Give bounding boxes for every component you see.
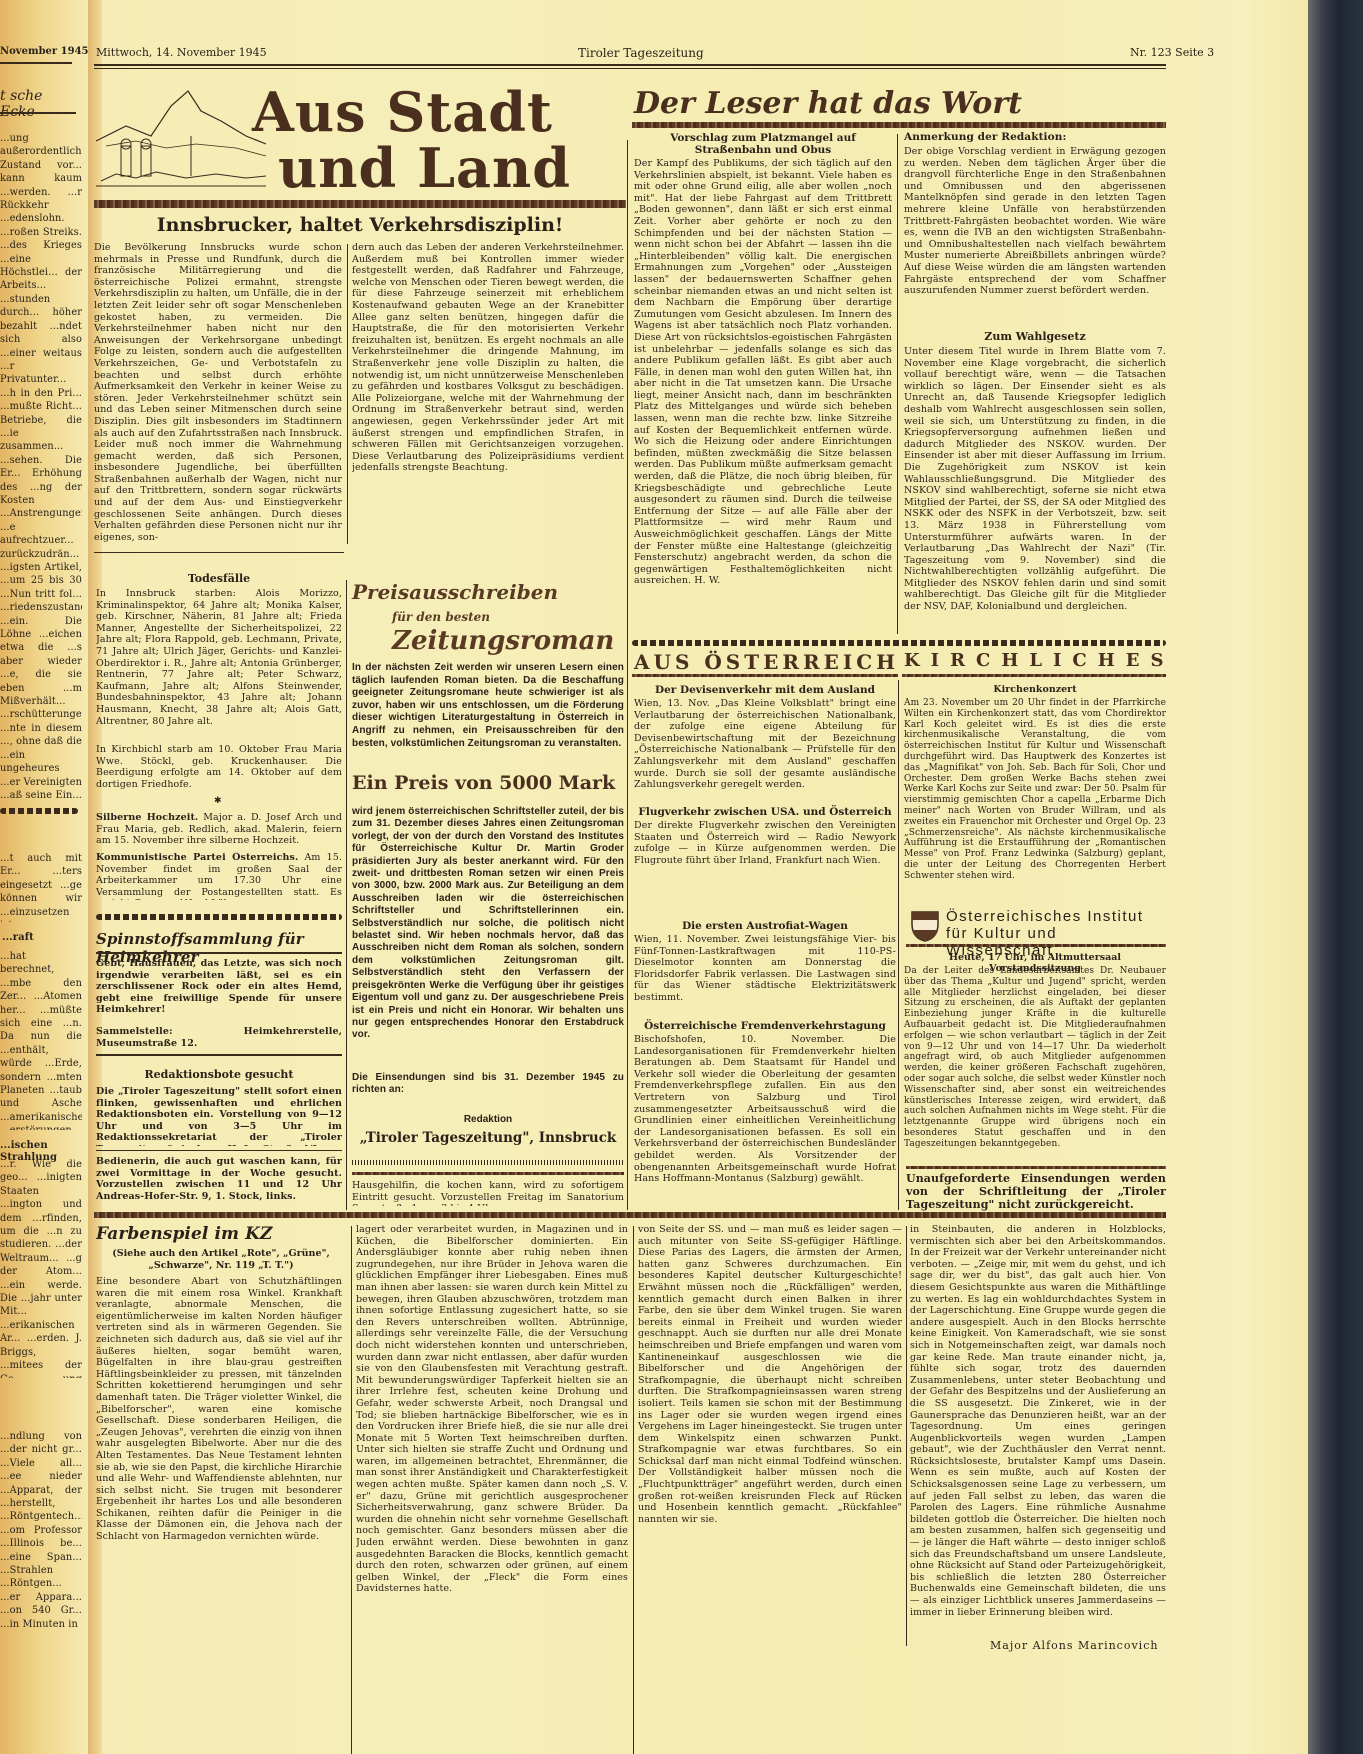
issue-date: Mittwoch, 14. November 1945 [96, 46, 267, 59]
institut-text: Da der Leiter des Landesarbeitsamtes Dr.… [904, 966, 1166, 1162]
prev-page-kraft-heading: ...raft [2, 932, 82, 944]
divider [906, 944, 1166, 947]
divider [96, 1054, 342, 1056]
asterisk-divider: ✱ [214, 796, 222, 806]
prev-page-strahlung-text: ...r. Wie die geo... ...inigten Staaten … [0, 1158, 82, 1378]
kz-column-1: Eine besondere Abart von Schutzhäftlinge… [96, 1276, 342, 1754]
section-banner-rule [632, 674, 898, 677]
news-heading: Der Devisenverkehr mit dem Ausland [634, 684, 896, 696]
preisausschreiben-title: Preisausschreiben [352, 580, 558, 604]
verkehr-column-2: dern auch das Leben der anderen Verkehrs… [352, 242, 624, 542]
column-divider [627, 140, 628, 1210]
column-divider [347, 244, 348, 544]
innsbruck-skyline-illustration [96, 86, 266, 196]
preisausschreiben-deadline: Die Einsendungen sind bis 31. Dezember 1… [352, 1072, 624, 1100]
prev-page-kraft-text: ...hat berechnet, ...mbe den Zer... ...A… [0, 950, 82, 1130]
column-divider [898, 680, 899, 1210]
divider [352, 1160, 624, 1165]
section-title-aus-stadt: Aus Stadt [252, 84, 553, 140]
prev-page-section-title: t sche Ecke [0, 88, 80, 120]
divider [352, 1172, 624, 1175]
redaktionsbote-heading: Redaktionsbote gesucht [96, 1068, 342, 1081]
notice-lead: Silberne Hochzeit. [96, 812, 198, 823]
prize-headline: Ein Preis von 5000 Mark [352, 772, 615, 794]
prev-page-column-text: ...ung außerordentlichen Zustand vor... … [0, 132, 82, 802]
kz-column-4: in Steinbauten, die anderen in Holzblock… [910, 1224, 1166, 1634]
letter1-text: Der Kampf des Publikums, der sich täglic… [634, 158, 892, 628]
preisausschreiben-title2: Zeitungsroman [392, 626, 614, 656]
preisausschreiben-body: wird jenem österreichischen Schriftstell… [352, 806, 624, 1068]
news-heading: Die ersten Austrofiat-Wagen [634, 920, 896, 932]
notice-kpoe: Kommunistische Partei Österreichs. Am 15… [96, 852, 342, 900]
prev-page-atom-text: ...t auch mit Er... ...ters eingesetzt .… [0, 852, 82, 922]
column-divider [351, 1226, 352, 1754]
kz-signature: Major Alfons Marincovich [990, 1640, 1170, 1652]
column-divider [633, 1226, 634, 1754]
austrian-shield-icon [910, 910, 940, 942]
preisausschreiben-subtitle: für den besten [392, 610, 490, 624]
news-text: Wien, 13. Nov. „Das Kleine Volksblatt" b… [634, 698, 896, 792]
institut-title-1: Österreichisches Institut [946, 908, 1168, 925]
notice-lead: Kommunistische Partei Österreichs. [96, 852, 298, 863]
redaktionsbote-text: Die „Tiroler Tageszeitung" stellt sofort… [96, 1086, 342, 1146]
prev-page-rule [0, 62, 72, 64]
preisausschreiben-intro: In der nächsten Zeit werden wir unseren … [352, 662, 624, 770]
paper-name: Tiroler Tageszeitung [578, 46, 704, 60]
prev-page-roentgen-text: ...ndlung von ...der nicht gr... ...Viel… [0, 1430, 82, 1750]
column-divider [897, 134, 898, 634]
todesfaelle-heading: Todesfälle [94, 572, 344, 585]
letter2-heading: Zum Wahlgesetz [904, 330, 1166, 343]
spinnstoff-text: Gebt, Hausfrauen, das Letzte, was sich n… [96, 958, 342, 1024]
address-line-2: „Tiroler Tageszeitung", Innsbruck [352, 1130, 624, 1146]
kz-headline: Farbenspiel im KZ [96, 1224, 346, 1244]
wavy-divider [632, 640, 1166, 646]
kirchenkonzert-text: Am 23. November um 20 Uhr findet in der … [904, 698, 1166, 888]
kz-column-2: lagert oder verarbeitet wurden, in Magaz… [356, 1224, 628, 1754]
ad-hausgehilfin: Hausgehilfin, die kochen kann, wird zu s… [352, 1180, 624, 1206]
leser-section-title: Der Leser hat das Wort [634, 86, 1022, 121]
section-title-und-land: und Land [278, 140, 571, 196]
spinnstoff-sammelstelle: Sammelstelle: Heimkehrerstelle, Museumst… [96, 1026, 342, 1050]
verkehr-column-1: Die Bevölkerung Innsbrucks wurde schon m… [94, 242, 342, 542]
book-binding [1308, 0, 1363, 1754]
masthead-rule-bottom [94, 68, 1166, 69]
notice-silberne-hochzeit: Silberne Hochzeit. Major a. D. Josef Arc… [96, 812, 342, 848]
redaktion-note-text: Der obige Vorschlag verdient in Erwägung… [904, 146, 1166, 322]
divider [96, 952, 342, 954]
news-text: Bischofshofen, 10. November. Die Landeso… [634, 1034, 896, 1210]
prev-page-date: November 1945 [0, 46, 90, 57]
letter1-heading: Vorschlag zum Platzmangel auf Straßenbah… [634, 132, 892, 156]
unaufgefordert-notice: Unaufgeforderte Einsendungen werden von … [906, 1172, 1166, 1212]
divider [906, 1166, 1166, 1169]
divider [94, 552, 344, 553]
divider [96, 1150, 342, 1151]
kirchliches-section-title: KIRCHLICHES [904, 650, 1174, 671]
todesfaelle-kirchbichl: In Kirchbichl starb am 10. Oktober Frau … [96, 744, 342, 792]
news-text: Wien, 11. November. Zwei leistungsfähige… [634, 934, 896, 1006]
news-heading: Österreichische Fremdenverkehrstagung [634, 1020, 896, 1032]
ad-bedienerin: Bedienerin, die auch gut waschen kann, f… [96, 1156, 342, 1204]
kz-subline: (Siehe auch den Artikel „Rote", „Grüne",… [96, 1248, 346, 1272]
masthead-rule-top [94, 64, 1166, 66]
wavy-divider [96, 914, 342, 920]
prev-page-section-rule [0, 112, 76, 114]
prev-page-divider [0, 808, 78, 814]
redaktion-note-heading: Anmerkung der Redaktion: [904, 132, 1166, 144]
newspaper-page: November 1945 t sche Ecke ...ung außeror… [0, 0, 1363, 1754]
section-banner-rule [902, 674, 1166, 677]
section-banner-rule [94, 200, 626, 208]
section-separator [94, 1212, 1166, 1218]
verkehr-headline: Innsbrucker, haltet Verkehrsdisziplin! [94, 214, 626, 236]
news-heading: Flugverkehr zwischen USA. und Österreich [634, 806, 896, 818]
address-line-1: Redaktion [352, 1114, 624, 1125]
letter2-text: Unter diesem Titel wurde in Ihrem Blatte… [904, 346, 1166, 624]
section-banner-rule [632, 122, 1166, 128]
oesterreich-section-title: AUS ÖSTERREICH [634, 650, 899, 674]
news-text: Der direkte Flugverkehr zwischen den Ver… [634, 820, 896, 890]
column-divider [346, 580, 347, 1210]
kirchenkonzert-heading: Kirchenkonzert [904, 684, 1166, 695]
kz-column-3: von Seite der SS. und — man muß es leide… [638, 1224, 902, 1754]
column-divider [906, 1226, 907, 1646]
todesfaelle-text: In Innsbruck starben: Alois Morizzo, Kri… [96, 588, 342, 738]
page-number: Nr. 123 Seite 3 [1130, 46, 1214, 59]
